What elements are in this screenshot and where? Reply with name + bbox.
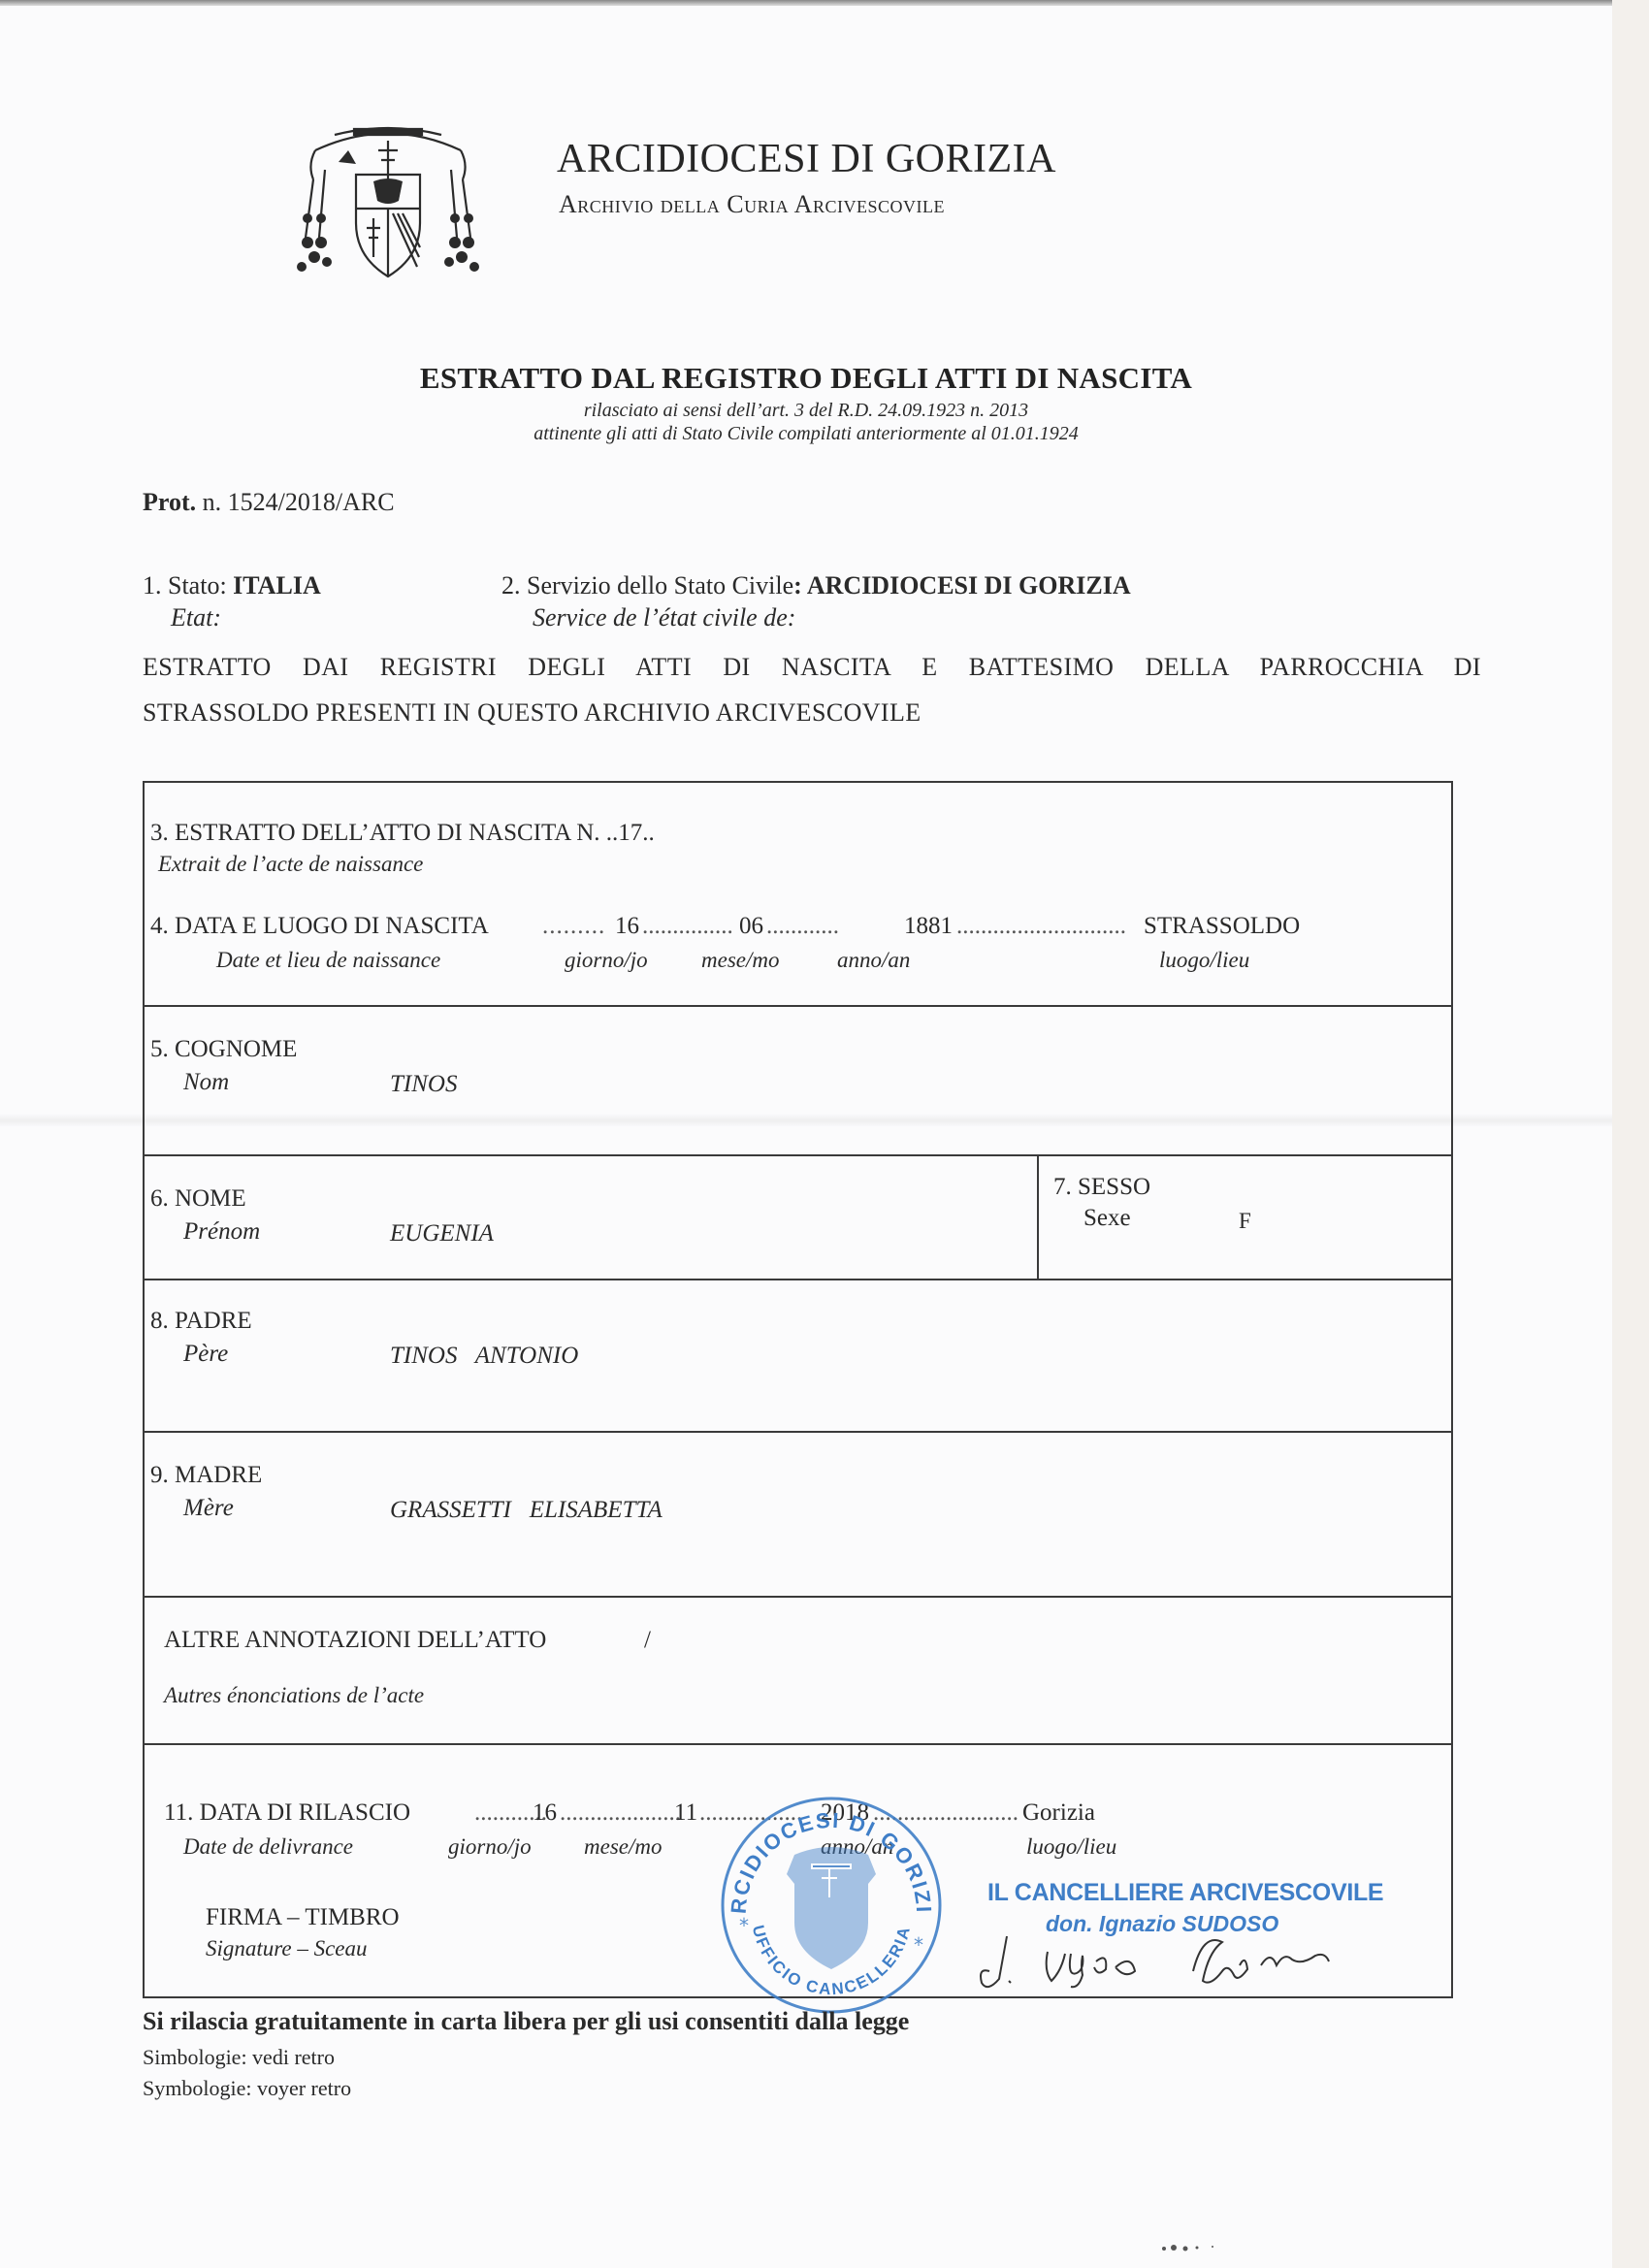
- extract-description-line-1: ESTRATTO DAI REGISTRI DEGLI ATTI DI NASC…: [143, 653, 1481, 682]
- dotted-leader: ............: [766, 913, 839, 940]
- state-field: 1. Stato: ITALIA: [143, 571, 321, 600]
- act-number-value: ..17..: [606, 820, 655, 846]
- birth-day-value: 16: [615, 913, 639, 940]
- day-caption: giorno/jo: [448, 1834, 532, 1860]
- annotations-label: ALTRE ANNOTAZIONI DELL’ATTO: [164, 1627, 546, 1654]
- sex-column-divider: [1037, 1156, 1039, 1279]
- birth-date-place-label-fr: Date et lieu de naissance: [216, 948, 440, 973]
- month-caption: mese/mo: [701, 948, 779, 973]
- symbols-note-fr: Symbologie: voyer retro: [143, 2076, 351, 2101]
- mother-label-fr: Mère: [183, 1495, 234, 1522]
- father-label-fr: Père: [183, 1341, 228, 1368]
- chancellor-title: IL CANCELLIERE ARCIVESCOVILE: [987, 1879, 1383, 1907]
- scan-right-margin: [1612, 0, 1649, 2268]
- dotted-leader: ............................: [956, 913, 1126, 940]
- official-stamp-icon: ARCIDIOCESI DI GORIZIA UFFICIO CANCELLER…: [715, 1787, 948, 2020]
- scan-top-edge: [0, 0, 1649, 6]
- issue-place-value: Gorizia: [1022, 1799, 1095, 1827]
- first-name-label: 6. NOME: [150, 1185, 246, 1213]
- sex-label: 7. SESSO: [1053, 1174, 1150, 1201]
- protocol-value: n. 1524/2018/ARC: [203, 488, 395, 516]
- first-name-label-fr: Prénom: [183, 1218, 260, 1246]
- form-row-name-sex: 6. NOME Prénom EUGENIA 7. SESSO Sexe F: [145, 1154, 1451, 1279]
- mother-value: GRASSETTI ELISABETTA: [390, 1497, 663, 1524]
- act-number-label: 3. ESTRATTO DELL’ATTO DI NASCITA N.: [150, 820, 600, 846]
- year-caption: anno/an: [837, 948, 910, 973]
- dotted-leader: .........: [542, 913, 605, 940]
- issue-date-label: 11. DATA DI RILASCIO: [164, 1799, 410, 1827]
- form-row-annotations: ALTRE ANNOTAZIONI DELL’ATTO / Autres éno…: [145, 1596, 1451, 1743]
- month-caption: mese/mo: [584, 1834, 662, 1860]
- place-caption: luogo/lieu: [1159, 948, 1249, 973]
- mother-label: 9. MADRE: [150, 1462, 262, 1489]
- state-label-fr: Etat:: [171, 603, 221, 632]
- svg-text:*: *: [739, 1914, 749, 1937]
- father-value: TINOS ANTONIO: [390, 1343, 578, 1370]
- birth-date-place-label: 4. DATA E LUOGO DI NASCITA: [150, 913, 489, 940]
- handwritten-signature-icon: [970, 1932, 1377, 2000]
- document-title: ESTRATTO DAL REGISTRO DEGLI ATTI DI NASC…: [0, 361, 1612, 396]
- act-number-field: 3. ESTRATTO DELL’ATTO DI NASCITA N. ..17…: [150, 820, 655, 847]
- place-caption: luogo/lieu: [1026, 1834, 1116, 1860]
- issue-date-label-fr: Date de delivrance: [183, 1834, 353, 1860]
- civil-service-field: 2. Servizio dello Stato Civile: ARCIDIOC…: [501, 571, 1131, 600]
- birth-year-value: 1881: [904, 913, 953, 940]
- issue-day-value: 16: [533, 1799, 557, 1827]
- first-name-value: EUGENIA: [390, 1220, 494, 1247]
- surname-label: 5. COGNOME: [150, 1036, 297, 1063]
- surname-value: TINOS: [390, 1071, 457, 1098]
- civil-service-label-fr: Service de l’état civile de:: [533, 603, 795, 632]
- free-issue-notice: Si rilascia gratuitamente in carta liber…: [143, 2007, 909, 2036]
- protocol-label: Prot.: [143, 488, 196, 516]
- form-row-father: 8. PADRE Père TINOS ANTONIO: [145, 1279, 1451, 1431]
- scan-specks-decoration: [1154, 2241, 1232, 2254]
- document-legal-basis: rilasciato ai sensi dell’art. 3 del R.D.…: [0, 400, 1612, 422]
- sex-value: F: [1239, 1209, 1251, 1234]
- birth-place-value: STRASSOLDO: [1144, 913, 1300, 940]
- form-row-act-and-birth: 3. ESTRATTO DELL’ATTO DI NASCITA N. ..17…: [145, 783, 1451, 1005]
- dotted-leader: ...............: [642, 913, 733, 940]
- form-row-mother: 9. MADRE Mère GRASSETTI ELISABETTA: [145, 1431, 1451, 1596]
- father-label: 8. PADRE: [150, 1308, 252, 1335]
- surname-label-fr: Nom: [183, 1069, 229, 1096]
- civil-service-value: : ARCIDIOCESI DI GORIZIA: [793, 571, 1130, 599]
- civil-service-label: 2. Servizio dello Stato Civile: [501, 571, 793, 599]
- sex-label-fr: Sexe: [1083, 1205, 1131, 1232]
- birth-month-value: 06: [739, 913, 763, 940]
- signature-stamp-label: FIRMA – TIMBRO: [206, 1904, 400, 1931]
- organization-name: ARCIDIOCESI DI GORIZIA: [557, 136, 1056, 182]
- extract-description-line-2: STRASSOLDO PRESENTI IN QUESTO ARCHIVIO A…: [143, 698, 1481, 728]
- document-scope: attinente gli atti di Stato Civile compi…: [0, 423, 1612, 445]
- dotted-leader: ....................: [560, 1799, 681, 1827]
- symbols-note-it: Simbologie: vedi retro: [143, 2045, 335, 2070]
- annotations-label-fr: Autres énonciations de l’acte: [164, 1683, 424, 1708]
- coat-of-arms-icon: [296, 121, 480, 286]
- form-row-surname: 5. COGNOME Nom TINOS: [145, 1005, 1451, 1154]
- department-name: Archivio della Curia Arcivescovile: [559, 190, 945, 219]
- svg-text:*: *: [914, 1933, 923, 1957]
- day-caption: giorno/jo: [565, 948, 648, 973]
- state-label: 1. Stato:: [143, 571, 227, 599]
- protocol-number: Prot. n. 1524/2018/ARC: [143, 488, 395, 517]
- state-value: ITALIA: [233, 571, 321, 599]
- issue-month-value: 11: [674, 1799, 697, 1827]
- act-number-label-fr: Extrait de l’acte de naissance: [158, 852, 423, 877]
- signature-stamp-label-fr: Signature – Sceau: [206, 1936, 368, 1961]
- annotations-value: /: [644, 1627, 651, 1654]
